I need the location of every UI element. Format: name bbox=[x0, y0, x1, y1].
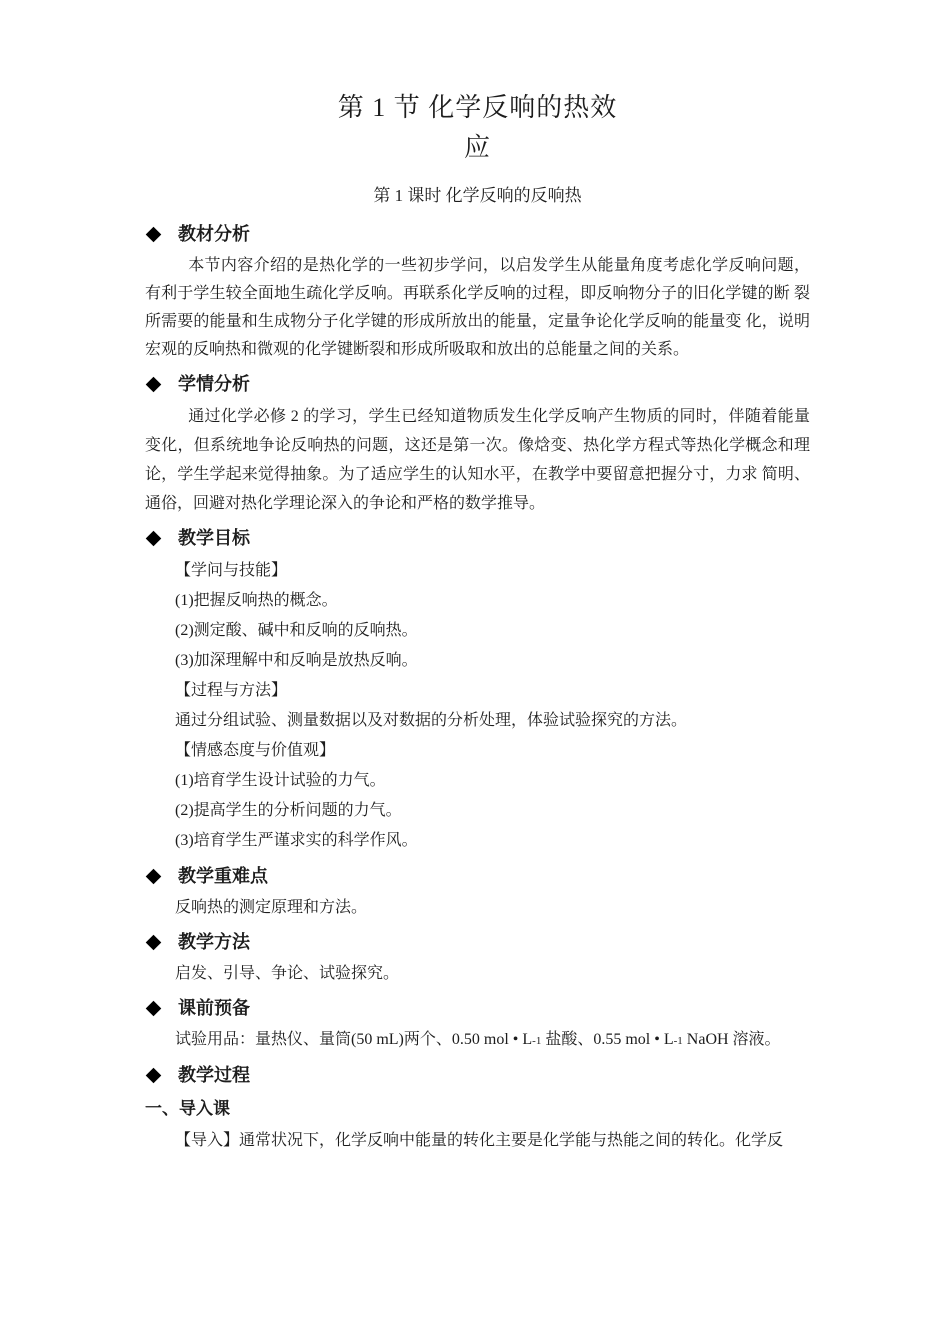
page-title-line2: 应 bbox=[145, 128, 810, 168]
exponent-minus-one: -1 bbox=[674, 1035, 683, 1047]
goal-item: 通过分组试验、测量数据以及对数据的分析处理，体验试验探究的方法。 bbox=[145, 706, 810, 736]
goal-item: 【过程与方法】 bbox=[145, 676, 810, 706]
diamond-bullet-icon bbox=[146, 376, 162, 392]
section-heading-label: 教学重难点 bbox=[178, 864, 268, 888]
section-heading-label: 教学过程 bbox=[178, 1063, 250, 1087]
preparation-text-mid: 盐酸、0.55 mol • L bbox=[541, 1031, 673, 1048]
document-page: 第 1 节 化学反响的热效 应 第 1 课时 化学反响的反响热 教材分析 本节内… bbox=[0, 0, 950, 1344]
goal-item: (3)加深理解中和反响是放热反响。 bbox=[145, 646, 810, 676]
goal-item: (1)把握反响热的概念。 bbox=[145, 586, 810, 616]
lead-in-paragraph: 【导入】通常状况下，化学反响中能量的转化主要是化学能与热能之间的转化。化学反 bbox=[145, 1127, 810, 1155]
section-heading-label: 课前预备 bbox=[178, 996, 250, 1020]
goal-item: 【情感态度与价值观】 bbox=[145, 736, 810, 766]
section-heading-preparation: 课前预备 bbox=[145, 996, 810, 1020]
section-heading-label: 教材分析 bbox=[178, 222, 250, 246]
diamond-bullet-icon bbox=[146, 1067, 162, 1083]
section-heading-label: 教学方法 bbox=[178, 930, 250, 954]
goal-item: 【学问与技能】 bbox=[145, 556, 810, 586]
preparation-text-end: NaOH 溶液。 bbox=[683, 1031, 781, 1048]
diamond-bullet-icon bbox=[146, 1000, 162, 1016]
section-heading-label: 教学目标 bbox=[178, 526, 250, 550]
preparation-text: 试验用品：量热仪、量筒(50 mL)两个、0.50 mol • L-1 盐酸、0… bbox=[145, 1026, 810, 1055]
exponent-minus-one: -1 bbox=[532, 1035, 541, 1047]
section-heading-label: 学情分析 bbox=[178, 372, 250, 396]
learner-analysis-paragraph: 通过化学必修 2 的学习，学生已经知道物质发生化学反响产生物质的同时，伴随着能量… bbox=[145, 402, 810, 518]
page-title: 第 1 节 化学反响的热效 应 bbox=[145, 88, 810, 168]
goal-item: (3)培育学生严谨求实的科学作风。 bbox=[145, 826, 810, 856]
page-title-line1: 第 1 节 化学反响的热效 bbox=[145, 88, 810, 128]
section-heading-key-difficult-points: 教学重难点 bbox=[145, 864, 810, 888]
goal-item: (1)培育学生设计试验的力气。 bbox=[145, 766, 810, 796]
key-difficult-points-text: 反响热的测定原理和方法。 bbox=[145, 894, 810, 922]
section-heading-teaching-process: 教学过程 bbox=[145, 1063, 810, 1087]
teaching-methods-text: 启发、引导、争论、试验探究。 bbox=[145, 960, 810, 988]
preparation-text-pre: 试验用品：量热仪、量筒(50 mL)两个、0.50 mol • L bbox=[175, 1031, 532, 1048]
textbook-analysis-paragraph: 本节内容介绍的是热化学的一些初步学问，以启发学生从能量角度考虑化学反响问题，有利… bbox=[145, 252, 810, 364]
diamond-bullet-icon bbox=[146, 934, 162, 950]
subsection-lead-in: 一、导入课 bbox=[145, 1097, 810, 1121]
section-heading-textbook-analysis: 教材分析 bbox=[145, 222, 810, 246]
goal-item: (2)测定酸、碱中和反响的反响热。 bbox=[145, 616, 810, 646]
section-heading-teaching-methods: 教学方法 bbox=[145, 930, 810, 954]
page-subtitle: 第 1 课时 化学反响的反响热 bbox=[145, 184, 810, 208]
diamond-bullet-icon bbox=[146, 226, 162, 242]
goal-item: (2)提高学生的分析问题的力气。 bbox=[145, 796, 810, 826]
diamond-bullet-icon bbox=[146, 530, 162, 546]
diamond-bullet-icon bbox=[146, 868, 162, 884]
section-heading-teaching-goals: 教学目标 bbox=[145, 526, 810, 550]
teaching-goals-list: 【学问与技能】 (1)把握反响热的概念。 (2)测定酸、碱中和反响的反响热。 (… bbox=[145, 556, 810, 856]
section-heading-learner-analysis: 学情分析 bbox=[145, 372, 810, 396]
